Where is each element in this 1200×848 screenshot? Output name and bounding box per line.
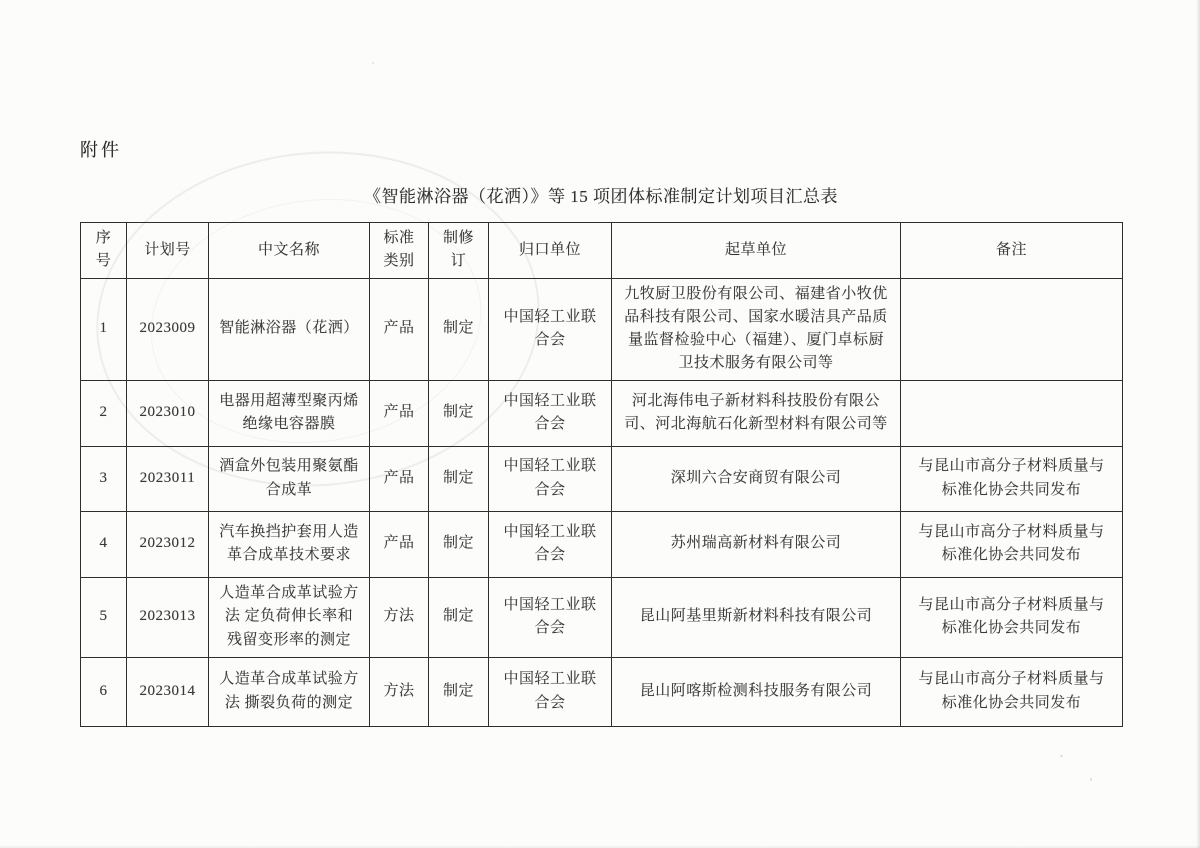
- cell-centralized-unit: 中国轻工业联合会: [489, 380, 612, 446]
- cell-plan-number: 2023012: [127, 511, 209, 577]
- cell-chinese-name: 智能淋浴器（花洒）: [209, 278, 370, 380]
- cell-drafting-unit: 深圳六合安商贸有限公司: [612, 446, 901, 511]
- cell-serial: 3: [81, 446, 127, 511]
- cell-chinese-name: 汽车换挡护套用人造革合成革技术要求: [209, 511, 370, 577]
- cell-serial: 5: [81, 577, 127, 657]
- cell-serial: 2: [81, 380, 127, 446]
- col-header-drafting-unit: 起草单位: [612, 223, 901, 279]
- cell-serial: 1: [81, 278, 127, 380]
- cell-drafting-unit: 昆山阿喀斯检测科技服务有限公司: [612, 657, 901, 726]
- scan-edge-right: [1196, 0, 1200, 848]
- cell-remarks: [901, 380, 1123, 446]
- scan-speck: [372, 62, 374, 64]
- attachment-label: 附件: [80, 136, 122, 162]
- cell-centralized-unit: 中国轻工业联合会: [489, 577, 612, 657]
- cell-chinese-name: 人造革合成革试验方法 撕裂负荷的测定: [209, 657, 370, 726]
- scan-speck: [1090, 778, 1092, 781]
- table-row: 1 2023009 智能淋浴器（花洒） 产品 制定 中国轻工业联合会 九牧厨卫股…: [81, 278, 1123, 380]
- standards-summary-table: 序号 计划号 中文名称 标准类别 制修订 归口单位 起草单位 备注 1 2023…: [80, 222, 1123, 727]
- cell-serial: 4: [81, 511, 127, 577]
- cell-standard-category: 产品: [370, 511, 429, 577]
- col-header-serial: 序号: [81, 223, 127, 279]
- cell-chinese-name: 电器用超薄型聚丙烯绝缘电容器膜: [209, 380, 370, 446]
- cell-standard-category: 产品: [370, 446, 429, 511]
- cell-formulate-revise: 制定: [429, 446, 489, 511]
- table-row: 4 2023012 汽车换挡护套用人造革合成革技术要求 产品 制定 中国轻工业联…: [81, 511, 1123, 577]
- cell-plan-number: 2023009: [127, 278, 209, 380]
- cell-standard-category: 方法: [370, 577, 429, 657]
- col-header-standard-category: 标准类别: [370, 223, 429, 279]
- page-title: 《智能淋浴器（花洒）》等 15 项团体标准制定计划项目汇总表: [80, 182, 1122, 207]
- cell-serial: 6: [81, 657, 127, 726]
- cell-standard-category: 产品: [370, 380, 429, 446]
- cell-drafting-unit: 九牧厨卫股份有限公司、福建省小牧优品科技有限公司、国家水暖洁具产品质量监督检验中…: [612, 278, 901, 380]
- col-header-formulate-revise: 制修订: [429, 223, 489, 279]
- cell-remarks: 与昆山市高分子材料质量与标准化协会共同发布: [901, 446, 1123, 511]
- col-header-plan-number: 计划号: [127, 223, 209, 279]
- cell-chinese-name: 人造革合成革试验方法 定负荷伸长率和残留变形率的测定: [209, 577, 370, 657]
- cell-formulate-revise: 制定: [429, 577, 489, 657]
- cell-remarks: 与昆山市高分子材料质量与标准化协会共同发布: [901, 657, 1123, 726]
- cell-chinese-name: 酒盒外包装用聚氨酯合成革: [209, 446, 370, 511]
- cell-remarks: 与昆山市高分子材料质量与标准化协会共同发布: [901, 577, 1123, 657]
- scan-speck: [1060, 755, 1063, 757]
- cell-centralized-unit: 中国轻工业联合会: [489, 657, 612, 726]
- cell-centralized-unit: 中国轻工业联合会: [489, 446, 612, 511]
- cell-standard-category: 方法: [370, 657, 429, 726]
- cell-centralized-unit: 中国轻工业联合会: [489, 278, 612, 380]
- cell-remarks: [901, 278, 1123, 380]
- cell-formulate-revise: 制定: [429, 511, 489, 577]
- cell-remarks: 与昆山市高分子材料质量与标准化协会共同发布: [901, 511, 1123, 577]
- col-header-chinese-name: 中文名称: [209, 223, 370, 279]
- cell-formulate-revise: 制定: [429, 278, 489, 380]
- cell-drafting-unit: 昆山阿基里斯新材料科技有限公司: [612, 577, 901, 657]
- cell-centralized-unit: 中国轻工业联合会: [489, 511, 612, 577]
- scanned-document-page: { "page": { "attachment_label": "附件", "t…: [0, 0, 1200, 848]
- cell-drafting-unit: 河北海伟电子新材料科技股份有限公司、河北海航石化新型材料有限公司等: [612, 380, 901, 446]
- cell-formulate-revise: 制定: [429, 380, 489, 446]
- cell-standard-category: 产品: [370, 278, 429, 380]
- table-row: 3 2023011 酒盒外包装用聚氨酯合成革 产品 制定 中国轻工业联合会 深圳…: [81, 446, 1123, 511]
- table-row: 5 2023013 人造革合成革试验方法 定负荷伸长率和残留变形率的测定 方法 …: [81, 577, 1123, 657]
- table-header-row: 序号 计划号 中文名称 标准类别 制修订 归口单位 起草单位 备注: [81, 223, 1123, 279]
- table-row: 2 2023010 电器用超薄型聚丙烯绝缘电容器膜 产品 制定 中国轻工业联合会…: [81, 380, 1123, 446]
- col-header-centralized-unit: 归口单位: [489, 223, 612, 279]
- col-header-remarks: 备注: [901, 223, 1123, 279]
- cell-plan-number: 2023010: [127, 380, 209, 446]
- cell-plan-number: 2023013: [127, 577, 209, 657]
- cell-plan-number: 2023011: [127, 446, 209, 511]
- cell-drafting-unit: 苏州瑞高新材料有限公司: [612, 511, 901, 577]
- cell-plan-number: 2023014: [127, 657, 209, 726]
- table-row: 6 2023014 人造革合成革试验方法 撕裂负荷的测定 方法 制定 中国轻工业…: [81, 657, 1123, 726]
- cell-formulate-revise: 制定: [429, 657, 489, 726]
